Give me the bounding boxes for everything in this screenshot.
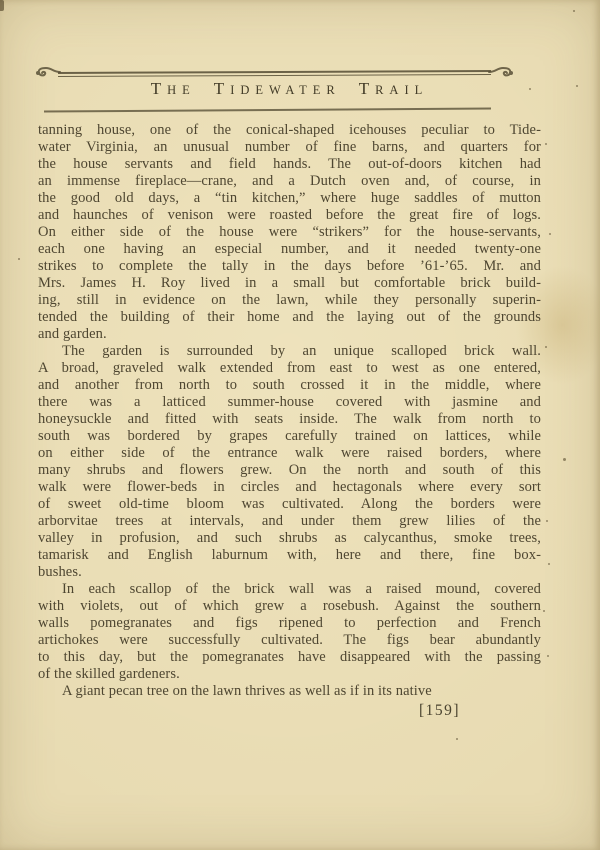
scan-ink-mark [0, 0, 4, 11]
scan-speck [547, 655, 549, 657]
text-line: and haunches of venison were roasted bef… [38, 207, 541, 224]
title-word: Tidewater [214, 79, 341, 99]
text-line: valley in profusion, and such shrubs as … [38, 530, 541, 547]
title-word: Trail [359, 79, 429, 99]
text-line: an immense fireplace—crane, and a Dutch … [38, 173, 541, 190]
text-line: of the skilled gardeners. [38, 666, 541, 683]
text-line: honeysuckle and fitted with seats inside… [38, 411, 541, 428]
text-line: On either side of the house were “strike… [38, 224, 541, 241]
scan-speck [573, 10, 575, 12]
text-line: the house servants and field hands. The … [38, 156, 541, 173]
text-line: A giant pecan tree on the lawn thrives a… [38, 683, 541, 700]
text-line: south was bordered by grapes carefully t… [38, 428, 541, 445]
text-line: In each scallop of the brick wall was a … [38, 581, 541, 598]
text-line: A broad, graveled walk extended from eas… [38, 360, 541, 377]
text-line: each one having an especial number, and … [38, 241, 541, 258]
text-line: artichokes were successfully cultivated.… [38, 632, 541, 649]
page-number: [159] [419, 702, 460, 720]
text-line: walls pomegranates and figs ripened to p… [38, 615, 541, 632]
text-line: and garden. [38, 326, 541, 343]
text-line: with violets, out of which grew a rosebu… [38, 598, 541, 615]
header-thin-rule [44, 107, 491, 112]
book-page: { "colors": { "paper": "#e8dbb2", "ink":… [0, 0, 600, 850]
scan-speck [18, 258, 20, 260]
scan-speck [545, 143, 547, 145]
text-line: of sweet old-time bloom was cultivated. … [38, 496, 541, 513]
text-line: walk were flower-beds in circles and hec… [38, 479, 541, 496]
scan-speck [548, 563, 550, 565]
text-line: water Virginia, an unusual number of fin… [38, 139, 541, 156]
text-line: The garden is surrounded by an unique sc… [38, 343, 541, 360]
text-line: and another from north to south crossed … [38, 377, 541, 394]
scroll-flourish-right-icon [488, 64, 516, 80]
text-line: tanning house, one of the conical-shaped… [38, 122, 541, 139]
scan-speck [456, 738, 458, 740]
text-line: ing, still in evidence on the lawn, whil… [38, 292, 541, 309]
text-line: there was a latticed summer-house covere… [38, 394, 541, 411]
page-title: TheTidewaterTrail [38, 79, 541, 99]
scan-speck [563, 458, 566, 461]
scan-speck [546, 520, 548, 522]
text-line: tamarisk and English laburnum with, here… [38, 547, 541, 564]
scan-speck [576, 85, 578, 87]
header-double-rule [58, 70, 491, 77]
title-word: The [151, 79, 196, 99]
scan-speck [549, 233, 551, 235]
scan-speck [545, 346, 547, 348]
body-text: tanning house, one of the conical-shaped… [38, 122, 541, 700]
text-line: bushes. [38, 564, 541, 581]
text-line: Mrs. James H. Roy lived in a small but c… [38, 275, 541, 292]
text-line: on either side of the entrance walk were… [38, 445, 541, 462]
text-line: strikes to complete the tally in the day… [38, 258, 541, 275]
text-line: the good old days, a “tin kitchen,” wher… [38, 190, 541, 207]
scroll-flourish-left-icon [33, 64, 61, 80]
text-line: many shrubs and flowers grew. On the nor… [38, 462, 541, 479]
text-line: tended the building of their home and th… [38, 309, 541, 326]
text-line: arborvitae trees at intervals, and under… [38, 513, 541, 530]
scan-speck [543, 610, 545, 612]
text-line: to this day, but the pomegranates have d… [38, 649, 541, 666]
